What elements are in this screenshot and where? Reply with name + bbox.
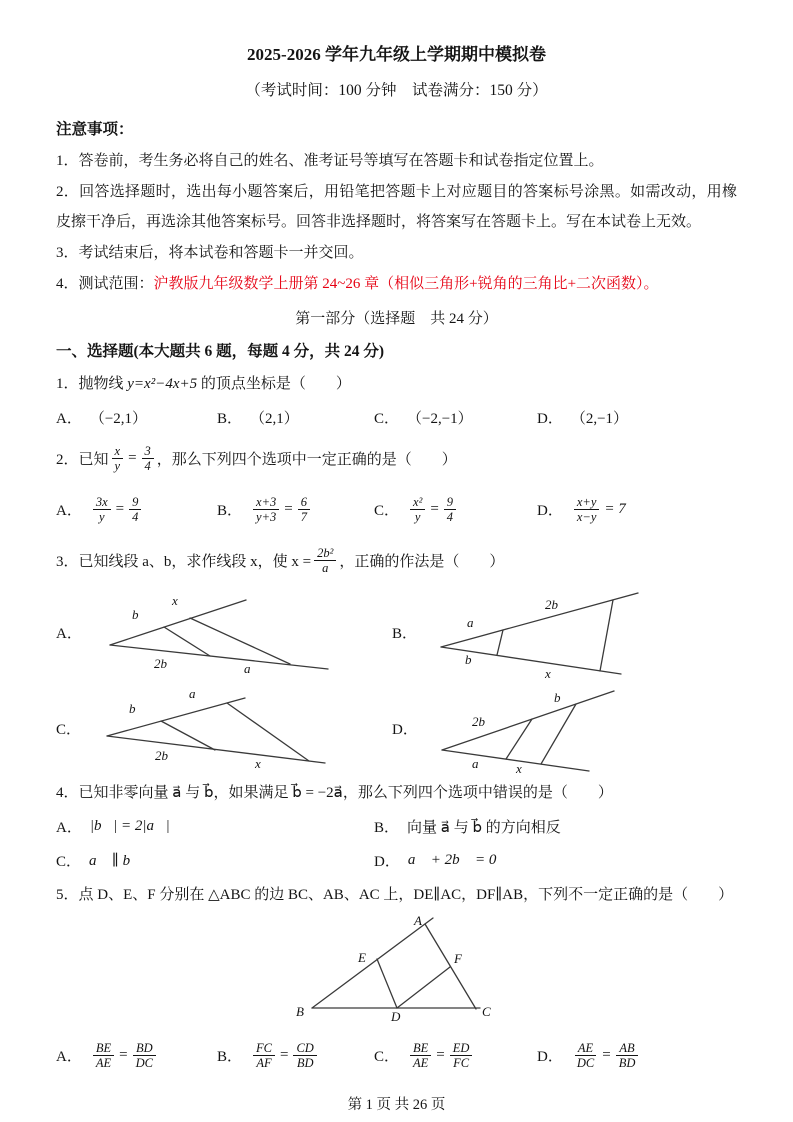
q1-text-suffix: 的顶点坐标是（ ） [197,376,351,392]
question-5-options: A． BEAE = BDDC B． FCAF = CDBD C． BEAE = … [56,1031,737,1081]
segment-label: x [171,593,178,608]
option-label: B． [217,407,242,428]
fraction: 34 [142,444,154,474]
option-text: （2,−1） [571,407,628,428]
q4-option-b: B．向量 a⃗ 与 b⃗ 的方向相反 [374,816,737,837]
q1-option-b: B．（2,1） [217,407,374,428]
point-label-e: E [357,950,366,965]
option-label: B． [217,1045,242,1066]
segment-label: b [132,607,139,622]
segment-construction-diagram-d: 2b b a x [434,684,659,774]
fraction-denominator: a [319,561,331,575]
fraction-denominator: y [96,510,108,524]
notice-item-4-label: 4．测试范围： [56,276,154,292]
option-label: D． [537,499,563,520]
equals-sign: = [128,450,136,467]
segment-label: a [189,686,196,701]
fraction-denominator: 4 [444,510,456,524]
fraction-numerator: BE [93,1041,114,1056]
fraction-numerator: x [112,444,124,459]
q1-option-a: A．（−2,1） [56,407,217,428]
option-text: （−2,1） [90,407,147,428]
segment-label: 2b [154,656,168,671]
fraction-denominator: y [112,459,124,473]
option-label: A． [56,622,82,643]
question-4-options-row-1: A．|b⃗| = 2|a⃗| B．向量 a⃗ 与 b⃗ 的方向相反 [56,812,737,842]
vertex-label-b: B [296,1004,304,1019]
equals-sign: = [116,501,124,518]
q1-option-d: D．（2,−1） [537,407,737,428]
q1-formula: y=x²−4x+5 [127,376,197,392]
segment-label: b [554,690,561,705]
option-text: （−2,−1） [407,407,473,428]
q5-option-d: D． AEDC = ABBD [537,1041,737,1071]
fraction-denominator: DC [574,1056,597,1070]
q4-option-d: D．a⃗ + 2b⃗ = 0 [374,850,737,871]
fraction: BDDC [133,1041,156,1071]
q2-option-a: A． 3xy = 94 [56,495,217,525]
q5-figure-wrap: A B C D E F [56,912,737,1027]
option-text: a⃗ + 2b⃗ = 0 [408,852,497,869]
option-label: B． [374,816,399,837]
fraction-denominator: 4 [142,459,154,473]
fraction-numerator: AE [575,1041,596,1056]
question-4-stem: 4．已知非零向量 a⃗ 与 b⃗，如果满足 b⃗ = −2a⃗，那么下列四个选项… [56,778,737,808]
q4-option-a: A．|b⃗| = 2|a⃗| [56,816,374,837]
equals-sign: = [284,501,292,518]
fraction: ABBD [616,1041,639,1071]
fraction-numerator: ED [450,1041,473,1056]
exam-title: 2025-2026 学年九年级上学期期中模拟卷 [56,40,737,65]
part-title: 第一部分（选择题 共 24 分） [56,304,737,334]
q1-text: 1．抛物线 [56,376,127,392]
fraction: BEAE [93,1041,114,1071]
option-label: C． [374,407,399,428]
segment-label: 2b [472,714,486,729]
vertex-label-c: C [482,1004,491,1019]
fraction-numerator: x² [410,495,425,510]
choice-block-title: 一、选择题(本大题共 6 题，每题 4 分，共 24 分) [56,336,737,367]
fraction: 67 [298,495,310,525]
point-label-f: F [453,951,463,966]
vertex-label-a: A [413,913,422,928]
q1-option-c: C．（−2,−1） [374,407,537,428]
option-label: D． [392,718,418,739]
notice-item-4: 4．测试范围：沪教版九年级数学上册第 24~26 章（相似三角形+锐角的三角比+… [56,269,737,300]
notice-item-3: 3．考试结束后，将本试卷和答题卡一并交回。 [56,238,737,269]
segment-label: 2b [155,748,169,763]
equals-sign: = [430,501,438,518]
q3-figures-row-2: C． b a 2b x D． 2b b a x [56,684,737,774]
q3-figure-d: D． 2b b a x [392,684,659,774]
fraction-denominator: BD [294,1056,317,1070]
fraction-denominator: y [412,510,424,524]
fraction-numerator: FC [253,1041,275,1056]
fraction: x²y [410,495,425,525]
segment-construction-diagram-a: b x 2b a [98,590,338,675]
option-label: A． [56,816,82,837]
segment-label: a [467,615,474,630]
fraction-numerator: x+y [574,495,600,510]
q3-figure-c: C． b a 2b x [56,684,392,774]
fraction: x+yx−y [574,495,600,525]
q2-option-d: D． x+yx−y = 7 [537,495,737,525]
fraction: 2b²a [314,546,336,576]
option-label: D． [537,407,563,428]
segment-label: x [254,756,261,771]
segment-label: x [515,761,522,774]
point-label-d: D [390,1009,401,1022]
fraction-denominator: BD [616,1056,639,1070]
q3-figure-a: A． b x 2b a [56,590,392,675]
fraction: xy [112,444,124,474]
notice-item-1: 1．答卷前，考生务必将自己的姓名、准考证号等填写在答题卡和试卷指定位置上。 [56,146,737,177]
option-label: C． [56,718,81,739]
option-label: C． [56,850,81,871]
fraction-numerator: 2b² [314,546,336,561]
q5-option-a: A． BEAE = BDDC [56,1041,217,1071]
fraction-denominator: 4 [129,510,141,524]
fraction: 94 [444,495,456,525]
triangle-abc-diagram: A B C D E F [292,912,502,1022]
fraction-denominator: 7 [298,510,310,524]
q5-option-b: B． FCAF = CDBD [217,1041,374,1071]
fraction: x+3y+3 [253,495,279,525]
fraction-denominator: x−y [574,510,600,524]
fraction-denominator: AE [410,1056,431,1070]
fraction-numerator: 9 [129,495,141,510]
fraction: 94 [129,495,141,525]
exam-subtitle: （考试时间：100 分钟 试卷满分：150 分） [56,78,737,100]
fraction-numerator: CD [293,1041,316,1056]
fraction-denominator: AF [253,1056,274,1070]
option-label: D． [374,850,400,871]
segment-label: 2b [545,597,559,612]
fraction-denominator: DC [133,1056,156,1070]
equals-sign: = [436,1047,444,1064]
fraction: CDBD [293,1041,316,1071]
option-label: A． [56,499,82,520]
option-label: C． [374,499,399,520]
fraction: BEAE [410,1041,431,1071]
fraction: EDFC [450,1041,473,1071]
q2-option-c: C． x²y = 94 [374,495,537,525]
fraction-numerator: x+3 [253,495,279,510]
q3-figures-row-1: A． b x 2b a B． a 2b b x [56,585,737,680]
fraction-numerator: BD [133,1041,156,1056]
option-label: B． [392,622,417,643]
fraction-numerator: 9 [444,495,456,510]
segment-label: a [472,756,479,771]
question-2-stem: 2．已知 xy = 34 ，那么下列四个选项中一定正确的是（ ） [56,437,737,481]
notice-item-2: 2．回答选择题时，选出每小题答案后，用铅笔把答题卡上对应题目的答案标号涂黑。如需… [56,177,737,239]
page-footer: 第 1 页 共 26 页 [56,1091,737,1120]
question-1-stem: 1．抛物线 y=x²−4x+5 的顶点坐标是（ ） [56,369,737,399]
fraction-denominator: FC [450,1056,472,1070]
q5-option-c: C． BEAE = EDFC [374,1041,537,1071]
q4-option-c: C．a⃗ ∥ b⃗ [56,850,374,871]
segment-label: b [465,652,472,667]
segment-label: a [244,661,251,675]
fraction: AEDC [574,1041,597,1071]
q2-option-b: B． x+3y+3 = 67 [217,495,374,525]
fraction-denominator: y+3 [253,510,279,524]
option-label: A． [56,1045,82,1066]
option-label: B． [217,499,242,520]
segment-label: b [129,701,136,716]
q2-text-suffix: ，那么下列四个选项中一定正确的是（ ） [157,448,457,469]
question-4-options-row-2: C．a⃗ ∥ b⃗ D．a⃗ + 2b⃗ = 0 [56,846,737,876]
notice-section: 注意事项： 1．答卷前，考生务必将自己的姓名、准考证号等填写在答题卡和试卷指定位… [56,114,737,300]
question-5-stem: 5．点 D、E、F 分别在 △ABC 的边 BC、AB、AC 上，DE∥AC，D… [56,880,737,910]
option-text: a⃗ ∥ b⃗ [89,851,142,870]
fraction-numerator: 3 [142,444,154,459]
fraction-numerator: AB [616,1041,637,1056]
notice-item-4-scope: 沪教版九年级数学上册第 24~26 章（相似三角形+锐角的三角比+二次函数）。 [154,276,659,292]
fraction-denominator: AE [93,1056,114,1070]
fraction-numerator: 3x [93,495,111,510]
fraction-numerator: BE [410,1041,431,1056]
option-label: A． [56,407,82,428]
option-text: 向量 a⃗ 与 b⃗ 的方向相反 [407,816,561,837]
q3-text-suffix: ，正确的作法是（ ） [339,550,504,571]
option-label: C． [374,1045,399,1066]
equals-sign: = [280,1047,288,1064]
equals-sign: = [119,1047,127,1064]
equals-seven: = 7 [604,501,625,518]
segment-construction-diagram-b: a 2b b x [433,585,658,680]
segment-label: x [544,666,551,680]
question-1-options: A．（−2,1） B．（2,1） C．（−2,−1） D．（2,−1） [56,403,737,433]
question-3-stem: 3．已知线段 a、b，求作线段 x，使 x = 2b²a ，正确的作法是（ ） [56,539,737,583]
option-text: （2,1） [250,407,299,428]
notice-heading: 注意事项： [56,114,737,146]
q3-figure-b: B． a 2b b x [392,585,658,680]
fraction-numerator: 6 [298,495,310,510]
fraction: FCAF [253,1041,275,1071]
equals-sign: = [602,1047,610,1064]
exam-page: 2025-2026 学年九年级上学期期中模拟卷 （考试时间：100 分钟 试卷满… [0,0,793,1120]
option-text: |b⃗| = 2|a⃗| [90,818,170,835]
fraction: 3xy [93,495,111,525]
exam-header: 2025-2026 学年九年级上学期期中模拟卷 （考试时间：100 分钟 试卷满… [56,40,737,100]
q2-text: 2．已知 [56,448,109,469]
option-label: D． [537,1045,563,1066]
q3-text: 3．已知线段 a、b，求作线段 x，使 x = [56,550,311,571]
question-2-options: A． 3xy = 94 B． x+3y+3 = 67 C． x²y = 94 D… [56,485,737,535]
segment-construction-diagram-c: b a 2b x [97,684,337,774]
